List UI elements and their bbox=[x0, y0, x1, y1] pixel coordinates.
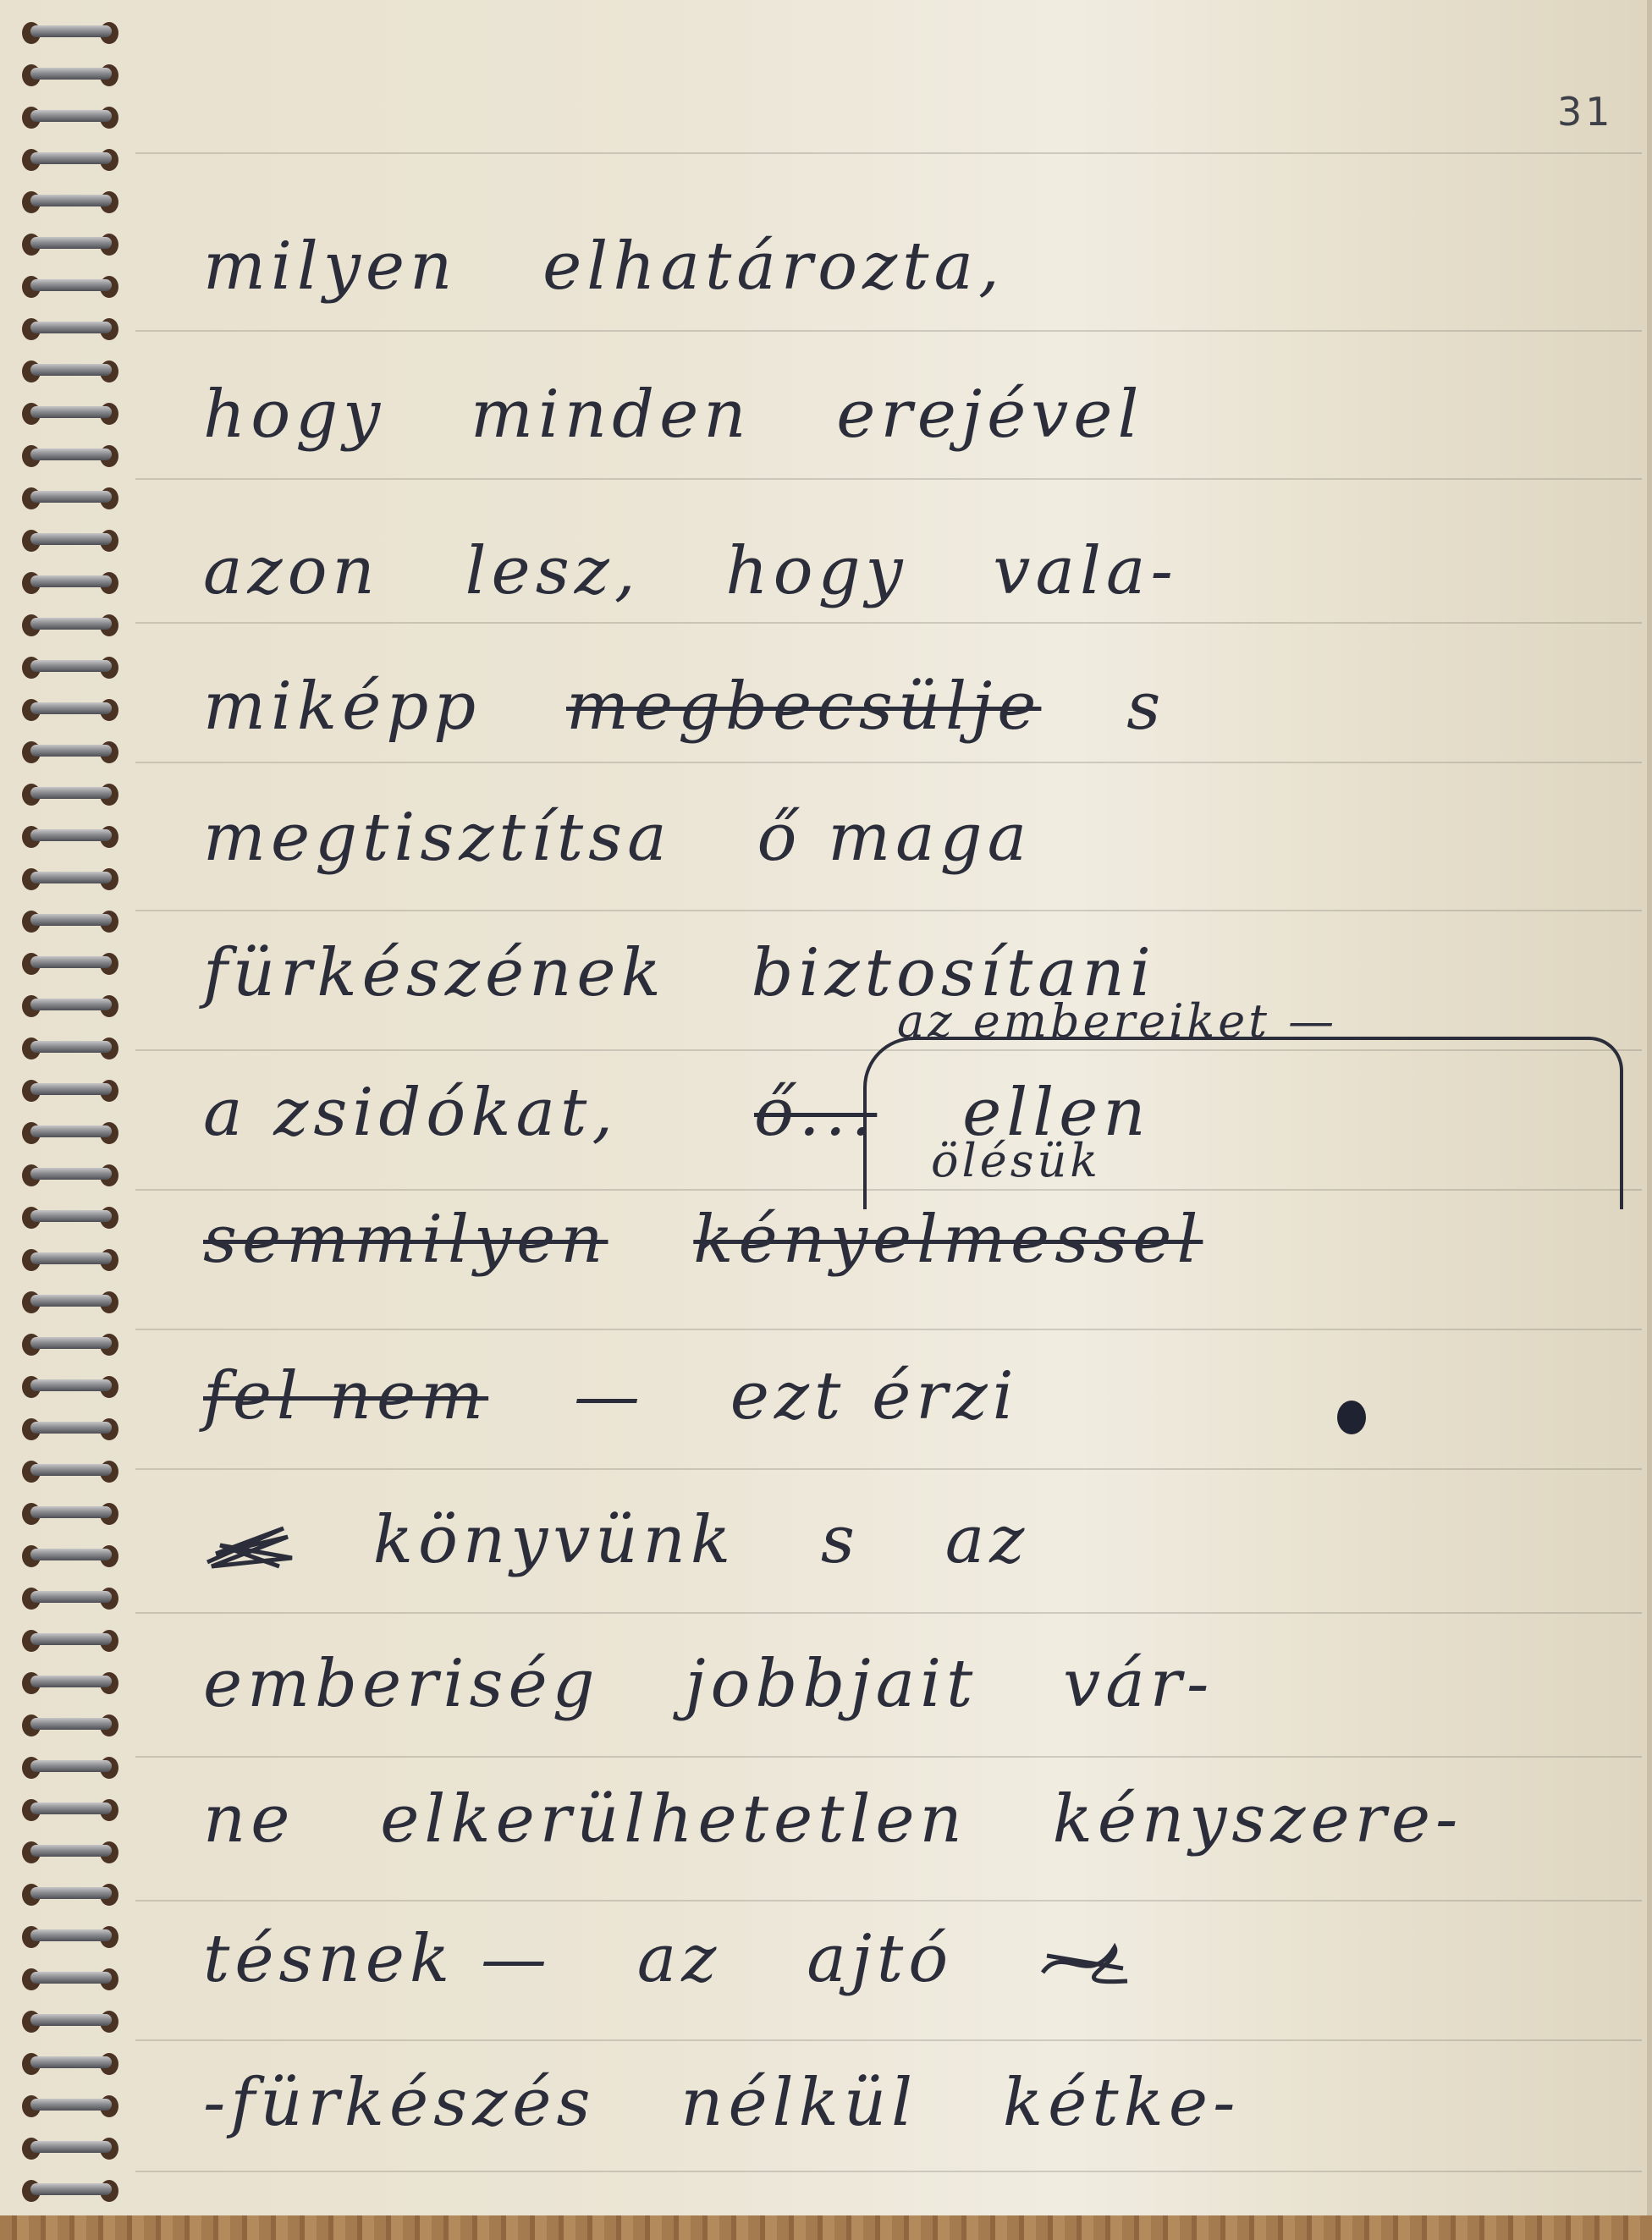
ruled-line bbox=[135, 762, 1642, 763]
spiral-coil bbox=[17, 1329, 127, 1362]
spiral-coil bbox=[17, 144, 127, 178]
spiral-coil bbox=[17, 1963, 127, 1997]
spiral-coil bbox=[17, 102, 127, 135]
word: emberiség bbox=[203, 1646, 600, 1722]
word: az bbox=[945, 1502, 1030, 1578]
spiral-coil bbox=[17, 1075, 127, 1109]
word: ne bbox=[203, 1781, 295, 1857]
ruled-line bbox=[135, 478, 1642, 480]
spiral-coil bbox=[17, 398, 127, 432]
struck-word: megbecsülje bbox=[566, 669, 1041, 745]
spiral-coil bbox=[17, 821, 127, 855]
word: megtisztítsa bbox=[203, 800, 672, 876]
word: az bbox=[637, 1921, 722, 1997]
spiral-coil bbox=[17, 1286, 127, 1320]
spiral-coil bbox=[17, 313, 127, 347]
spiral-coil bbox=[17, 2175, 127, 2209]
spiral-coil bbox=[17, 694, 127, 728]
wooden-table-edge bbox=[0, 2215, 1652, 2240]
spiral-coil bbox=[17, 355, 127, 389]
ruled-line bbox=[135, 152, 1642, 154]
spiral-coil bbox=[17, 1667, 127, 1701]
spiral-coil bbox=[17, 1032, 127, 1066]
spiral-coil bbox=[17, 1625, 127, 1659]
word: nélkül bbox=[680, 2065, 917, 2141]
ruled-line bbox=[135, 1612, 1642, 1614]
word: s bbox=[1126, 669, 1165, 745]
handwritten-line-2: hogy minden erejével bbox=[203, 377, 1203, 453]
spiral-coil bbox=[17, 609, 127, 643]
word: -fürkészés bbox=[203, 2065, 595, 2141]
spiral-coil bbox=[17, 1371, 127, 1405]
spiral-coil bbox=[17, 186, 127, 220]
spiral-coil bbox=[17, 905, 127, 939]
word: kétke- bbox=[1003, 2065, 1241, 2141]
spiral-coil bbox=[17, 567, 127, 601]
spiral-coil bbox=[17, 863, 127, 897]
handwritten-line-14: -fürkészés nélkül kétke- bbox=[203, 2065, 1299, 2141]
page-number: 31 bbox=[1557, 89, 1614, 135]
spiral-coil bbox=[17, 1879, 127, 1913]
word: hogy bbox=[203, 377, 385, 453]
struck-word: ő... bbox=[754, 1075, 877, 1151]
spiral-coil bbox=[17, 990, 127, 1024]
spiral-coil bbox=[17, 1117, 127, 1151]
spiral-coil bbox=[17, 736, 127, 770]
spiral-binding bbox=[17, 17, 127, 2217]
spiral-coil bbox=[17, 1794, 127, 1828]
spiral-coil bbox=[17, 779, 127, 812]
word: minden bbox=[471, 377, 751, 453]
spiral-coil bbox=[17, 1244, 127, 1278]
word: elhatározta, bbox=[542, 228, 1005, 305]
ruled-line bbox=[135, 1329, 1642, 1330]
ruled-line bbox=[135, 910, 1642, 911]
handwritten-line-10: könyvünk s az bbox=[203, 1502, 1088, 1578]
spiral-coil bbox=[17, 1456, 127, 1489]
page-edge bbox=[1647, 0, 1652, 2240]
spiral-coil bbox=[17, 2090, 127, 2124]
ruled-line bbox=[135, 2039, 1642, 2041]
word: vár- bbox=[1063, 1646, 1214, 1722]
ruled-line bbox=[135, 1468, 1642, 1470]
word: tésnek — bbox=[203, 1921, 552, 1997]
handwritten-line-13: tésnek — az ajtó bbox=[203, 1921, 1182, 1997]
handwritten-line-9: fel nem — ezt érzi bbox=[203, 1358, 1078, 1434]
word: hogy bbox=[725, 533, 907, 609]
handwritten-line-12: ne elkerülhetetlen kényszere- bbox=[203, 1781, 1522, 1857]
spiral-coil bbox=[17, 271, 127, 305]
spiral-coil bbox=[17, 948, 127, 982]
word: s bbox=[821, 1502, 860, 1578]
spiral-coil bbox=[17, 1159, 127, 1193]
spiral-coil bbox=[17, 2133, 127, 2166]
handwritten-line-11: emberiség jobbjait vár- bbox=[203, 1646, 1273, 1722]
spiral-coil bbox=[17, 1582, 127, 1616]
word: ő maga bbox=[757, 800, 1032, 876]
word: a zsidókat, bbox=[203, 1075, 618, 1151]
handwritten-line-3: azon lesz, hogy vala- bbox=[203, 533, 1237, 609]
word: könyvünk bbox=[373, 1502, 735, 1578]
spiral-coil bbox=[17, 1752, 127, 1786]
spiral-coil bbox=[17, 1540, 127, 1574]
word: ezt érzi bbox=[730, 1358, 1019, 1434]
word: — bbox=[574, 1358, 645, 1434]
ruled-line bbox=[135, 1900, 1642, 1902]
spiral-coil bbox=[17, 228, 127, 262]
spiral-coil bbox=[17, 652, 127, 685]
spiral-coil bbox=[17, 2006, 127, 2039]
scribble-icon bbox=[1038, 1939, 1132, 1990]
scribble-icon bbox=[203, 1520, 296, 1571]
spiral-coil bbox=[17, 1709, 127, 1743]
word: erejével bbox=[836, 377, 1143, 453]
word: vala- bbox=[993, 533, 1177, 609]
word: ajtó bbox=[807, 1921, 953, 1997]
word: kényszere- bbox=[1053, 1781, 1463, 1857]
handwritten-line-1: milyen elhatározta, bbox=[203, 228, 1064, 305]
struck-word: fel nem bbox=[203, 1358, 488, 1434]
ruled-line bbox=[135, 622, 1642, 624]
struck-word: kényelmessel bbox=[693, 1202, 1203, 1278]
struck-word: semmilyen bbox=[203, 1202, 608, 1278]
spiral-coil bbox=[17, 59, 127, 93]
ink-blot bbox=[1337, 1401, 1366, 1434]
handwritten-line-5: megtisztítsa ő maga bbox=[203, 800, 1091, 876]
spiral-coil bbox=[17, 2048, 127, 2082]
spiral-coil bbox=[17, 1413, 127, 1447]
notebook-page: 31 milyen elhatározta, hogy minden erejé… bbox=[0, 0, 1647, 2215]
handwritten-line-8: semmilyen kényelmessel bbox=[203, 1202, 1262, 1278]
spiral-coil bbox=[17, 482, 127, 516]
spiral-coil bbox=[17, 1498, 127, 1532]
ruled-line bbox=[135, 1756, 1642, 1758]
word: jobbjait bbox=[685, 1646, 977, 1722]
word: azon bbox=[203, 533, 380, 609]
word: fürkészének bbox=[203, 935, 666, 1011]
word: lesz, bbox=[465, 533, 641, 609]
word: miképp bbox=[203, 669, 481, 745]
spiral-coil bbox=[17, 1202, 127, 1236]
inserted-text-below: ölésük bbox=[931, 1134, 1101, 1187]
spiral-coil bbox=[17, 525, 127, 559]
handwritten-line-4: miképp megbecsülje s bbox=[203, 669, 1225, 745]
ruled-line bbox=[135, 330, 1642, 332]
spiral-coil bbox=[17, 1921, 127, 1955]
spiral-coil bbox=[17, 440, 127, 474]
word: elkerülhetetlen bbox=[380, 1781, 967, 1857]
spiral-coil bbox=[17, 17, 127, 51]
spiral-coil bbox=[17, 1836, 127, 1870]
ruled-line bbox=[135, 2171, 1642, 2172]
word: milyen bbox=[203, 228, 457, 305]
